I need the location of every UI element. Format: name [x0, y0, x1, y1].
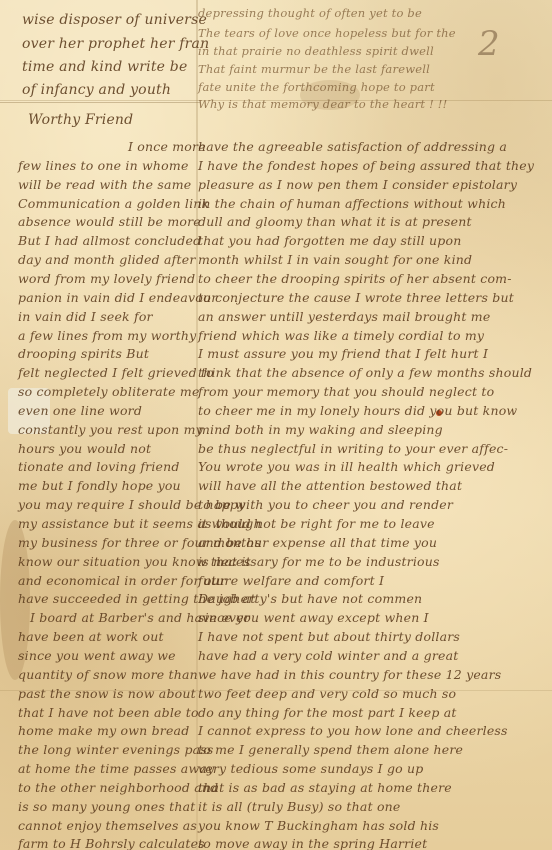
verse-line: wise disposer of universe — [22, 12, 207, 28]
letter-line-left: even one line word — [18, 403, 142, 418]
letter-line-left: that I have not been able to — [18, 705, 199, 720]
letter-line-right: is necessary for me to be industrious — [198, 554, 440, 569]
letter-line-left: tionate and loving friend — [18, 459, 180, 474]
letter-line-left: drooping spirits But — [18, 346, 149, 361]
letter-line-left: me but I fondly hope you — [18, 478, 181, 493]
verse-line: depressing thought of often yet to be — [198, 6, 422, 20]
letter-line-right: we have had in this country for these 12… — [198, 667, 501, 682]
verse-line: over her prophet her fran — [22, 36, 209, 52]
letter-line-left: cannot enjoy themselves as — [18, 818, 197, 833]
verse-line: in that prairie no deathless spirit dwel… — [198, 44, 434, 58]
letter-line-right: friend which was like a timely cordial t… — [198, 328, 484, 343]
letter-line-left: felt neglected I felt grieved to — [18, 365, 214, 380]
letter-line-right: I cannot express to you how lone and che… — [198, 723, 508, 738]
letter-line-right: it is all (truly Busy) so that one — [198, 799, 401, 814]
letter-line-right: will have all the attention bestowed tha… — [198, 478, 462, 493]
letter-line-left: past the snow is now about — [18, 686, 196, 701]
letter-page: 2 wise disposer of universe over her pro… — [0, 0, 552, 850]
letter-line-left: few lines to one in whome — [18, 158, 189, 173]
letter-line-right: since you went away except when I — [198, 610, 429, 625]
letter-line-left: will be read with the same — [18, 177, 191, 192]
letter-line-left: a few lines from my worthy — [18, 328, 196, 343]
letter-line-right: to me I generally spend them alone here — [198, 742, 463, 757]
letter-line-right: month whilst I in vain sought for one ki… — [198, 252, 472, 267]
verse-line: The tears of love once hopeless but for … — [198, 26, 456, 40]
letter-line-left: farm to H Bohrsly calculates — [18, 836, 205, 850]
letter-line-right: in the chain of human affections without… — [198, 196, 506, 211]
letter-line-right: very tedious some sundays I go up — [198, 761, 424, 776]
letter-line-right: think that the absence of only a few mon… — [198, 365, 532, 380]
letter-line-left: have been at work out — [18, 629, 164, 644]
letter-line-left: in vain did I seek for — [18, 309, 153, 324]
letter-line-right: to move away in the spring Harriet — [198, 836, 427, 850]
letter-line-right: pleasure as I now pen them I consider ep… — [198, 177, 517, 192]
letter-line-left: to the other neighborhood and — [18, 780, 218, 795]
letter-line-left: the long winter evenings pass — [18, 742, 214, 757]
letter-line-right: I have not spent but about thirty dollar… — [198, 629, 460, 644]
letter-line-right: you know T Buckingham has sold his — [198, 818, 439, 833]
letter-line-left: quantity of snow more than — [18, 667, 198, 682]
letter-line-left: and economical in order for our — [18, 573, 226, 588]
letter-line-right: an answer untill yesterdays mail brought… — [198, 309, 490, 324]
verse-line: Why is that memory dear to the heart ! !… — [198, 97, 447, 111]
letter-line-right: to conjecture the cause I wrote three le… — [198, 290, 514, 305]
letter-line-left: is so many young ones that — [18, 799, 195, 814]
letter-line-left: so completely obliterate me — [18, 384, 200, 399]
letter-line-left: hours you would not — [18, 441, 151, 456]
letter-line-left: constantly you rest upon my — [18, 422, 203, 437]
letter-line-left: word from my lovely friend — [18, 271, 195, 286]
letter-line-left: absence would still be more — [18, 214, 201, 229]
verse-line: time and kind write be — [22, 59, 187, 75]
page-number: 2 — [478, 24, 500, 64]
letter-line-left: I once more — [128, 139, 206, 154]
letter-line-right: future welfare and comfort I — [198, 573, 384, 588]
letter-line-right: be thus neglectful in writing to your ev… — [198, 441, 508, 456]
verse-line: That faint murmur be the last farewell — [198, 62, 430, 76]
letter-line-right: to be with you to cheer you and render — [198, 497, 453, 512]
letter-line-right: two feet deep and very cold so much so — [198, 686, 456, 701]
letter-line-left: since you went away we — [18, 648, 176, 663]
letter-line-right: that you had forgotten me day still upon — [198, 233, 461, 248]
letter-line-left: at home the time passes away — [18, 761, 214, 776]
letter-line-left: day and month glided after — [18, 252, 196, 267]
letter-line-right: have the agreeable satisfaction of addre… — [198, 139, 507, 154]
letter-line-right: from your memory that you should neglect… — [198, 384, 494, 399]
letter-line-right: dull and gloomy than what it is at prese… — [198, 214, 472, 229]
letter-line-right: do any thing for the most part I keep at — [198, 705, 457, 720]
letter-line-right: Daugherty's but have not commen — [198, 591, 422, 606]
letter-line-left: But I had allmost concluded — [18, 233, 201, 248]
verse-line: of infancy and youth — [22, 82, 171, 98]
letter-line-right: I have the fondest hopes of being assure… — [198, 158, 534, 173]
letter-line-left: Communication a golden link — [18, 196, 209, 211]
letter-line-right: it would not be right for me to leave — [198, 516, 435, 531]
letter-line-right: that is as bad as staying at home there — [198, 780, 452, 795]
letter-line-right: have had a very cold winter and a great — [198, 648, 458, 663]
letter-line-left: panion in vain did I endeavour — [18, 290, 217, 305]
letter-line-right: and be our expense all that time you — [198, 535, 437, 550]
salutation: Worthy Friend — [28, 112, 133, 128]
letter-line-right: I must assure you my friend that I felt … — [198, 346, 488, 361]
letter-line-left: home make my own bread — [18, 723, 189, 738]
letter-line-right: to cheer the drooping spirits of her abs… — [198, 271, 512, 286]
verse-line: fate unite the forthcoming hope to part — [198, 80, 435, 94]
letter-line-right: mind both in my waking and sleeping — [198, 422, 443, 437]
letter-line-right: You wrote you was in ill health which gr… — [198, 459, 495, 474]
letter-line-right: to cheer me in my lonely hours did you b… — [198, 403, 517, 418]
